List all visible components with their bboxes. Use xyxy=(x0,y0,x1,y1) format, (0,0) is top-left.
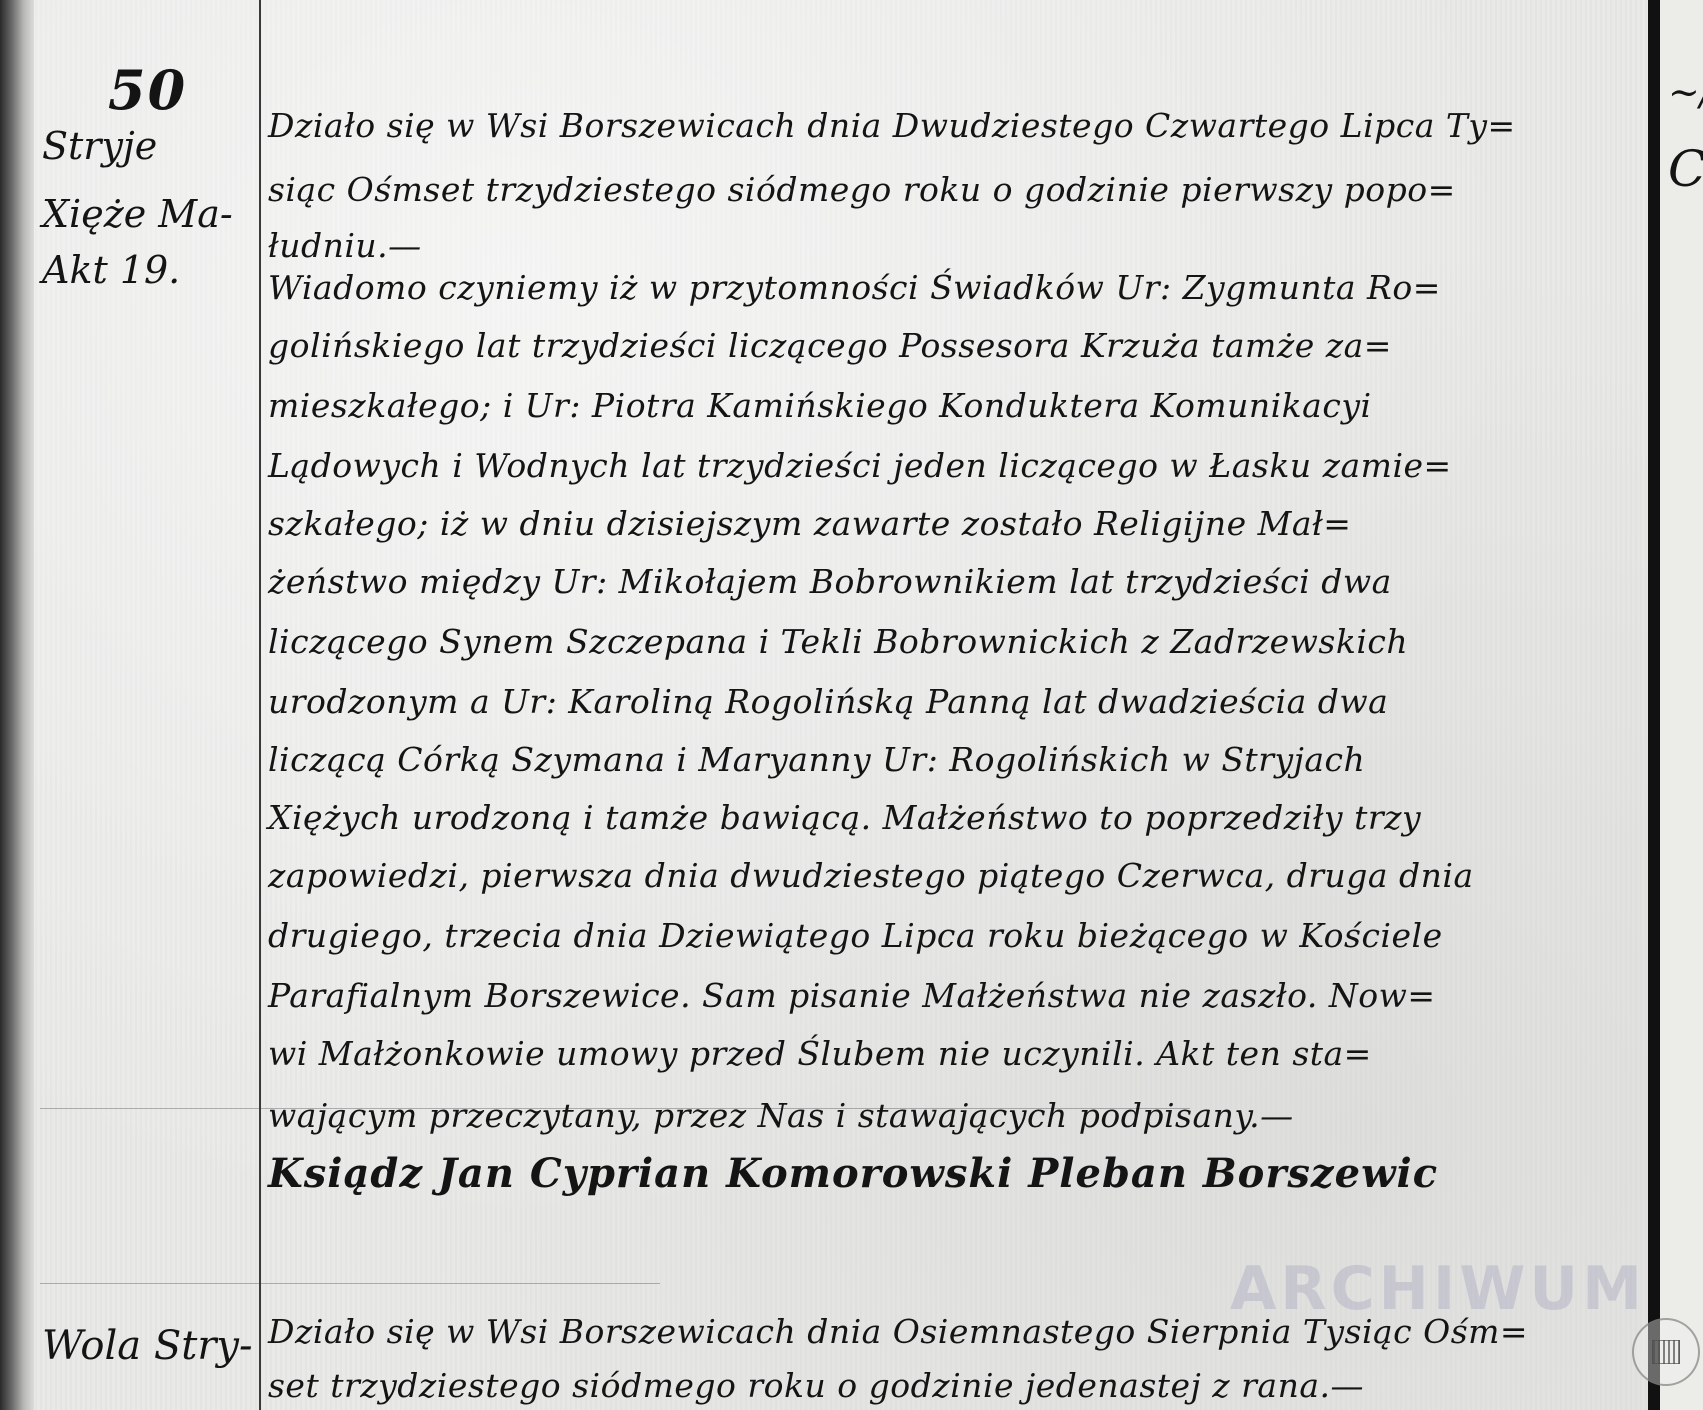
adjacent-page-glyph: C xyxy=(1668,140,1703,198)
record-line: siąc Ośmset trzydziestego siódmego roku … xyxy=(268,170,1456,209)
record-line: wającym przeczytany, przez Nas i stawają… xyxy=(268,1096,1294,1135)
record-line: liczącą Córką Szymana i Maryanny Ur: Rog… xyxy=(268,740,1365,779)
page-gutter-line xyxy=(1648,0,1660,1410)
record-line: Działo się w Wsi Borszewicach dnia Dwudz… xyxy=(268,106,1516,145)
record-line: szkałego; iż w dniu dzisiejszym zawarte … xyxy=(268,504,1351,543)
building-icon xyxy=(1652,1340,1680,1364)
adjacent-page-strip xyxy=(1660,0,1703,1410)
next-entry-line: set trzydziestego siódmego roku o godzin… xyxy=(268,1366,1364,1405)
next-entry-margin-note: Wola Stry- xyxy=(42,1318,257,1374)
priest-signature: Ksiądz Jan Cyprian Komorowski Pleban Bor… xyxy=(268,1150,1438,1197)
record-line: łudniu.— xyxy=(268,226,422,265)
archive-watermark: ARCHIWUM PAŃSTWOWE ŁÓDŹ xyxy=(1230,1260,1650,1410)
record-line: golińskiego lat trzydzieści liczącego Po… xyxy=(268,326,1392,365)
record-line: Wiadomo czyniemy iż w przytomności Świad… xyxy=(268,268,1441,307)
archive-stamp-icon xyxy=(1632,1318,1700,1386)
record-line: żeństwo między Ur: Mikołajem Bobrownikie… xyxy=(268,562,1392,601)
record-line: zapowiedzi, pierwsza dnia dwudziestego p… xyxy=(268,856,1474,895)
adjacent-page-glyph: ~/ xyxy=(1668,70,1703,114)
margin-rule-line xyxy=(259,0,261,1410)
record-line: Parafialnym Borszewice. Sam pisanie Małż… xyxy=(268,976,1436,1015)
record-line: wi Małżonkowie umowy przed Ślubem nie uc… xyxy=(268,1034,1372,1073)
record-line: drugiego, trzecia dnia Dziewiątego Lipca… xyxy=(268,916,1443,955)
ruled-line xyxy=(40,1283,660,1284)
entry-number: 50 xyxy=(108,58,187,122)
book-binding-edge xyxy=(0,0,34,1410)
record-line: Xiężych urodzoną i tamże bawiącą. Małżeń… xyxy=(268,798,1421,837)
record-line: mieszkałego; i Ur: Piotra Kamińskiego Ko… xyxy=(268,386,1372,425)
record-line: urodzonym a Ur: Karoliną Rogolińską Pann… xyxy=(268,682,1388,721)
record-line: Lądowych i Wodnych lat trzydzieści jeden… xyxy=(268,446,1452,485)
margin-note-parish: Xiężе Ma- xyxy=(42,186,257,242)
record-line: liczącego Synem Szczepana i Tekli Bobrow… xyxy=(268,622,1408,661)
margin-note-act-number: Akt 19. xyxy=(42,242,257,298)
register-page: 50 Stryje Xiężе Ma- Akt 19. Działo się w… xyxy=(0,0,1703,1410)
margin-note-village: Stryje xyxy=(42,118,257,174)
